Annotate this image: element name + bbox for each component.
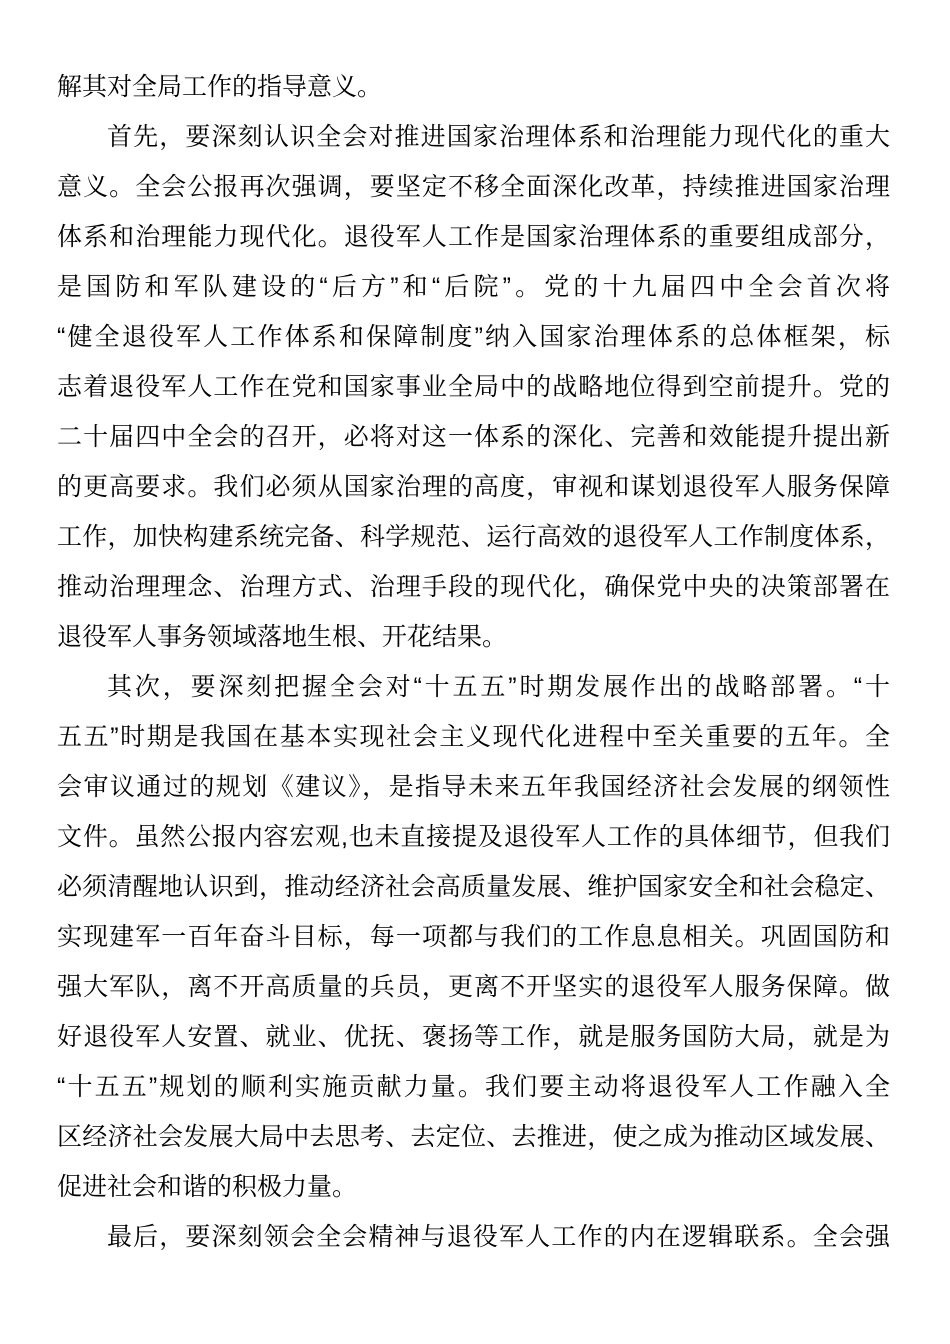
text-line: “十五五”规划的顺利实施贡献力量。我们要主动将退役军人工作融入全 <box>57 1062 890 1112</box>
document-body: 解其对全局工作的指导意义。首先，要深刻认识全会对推进国家治理体系和治理能力现代化… <box>57 62 890 1262</box>
text-line: 好退役军人安置、就业、优抚、褒扬等工作，就是服务国防大局，就是为 <box>57 1012 890 1062</box>
text-line: 首先，要深刻认识全会对推进国家治理体系和治理能力现代化的重大 <box>57 112 890 162</box>
text-line: 二十届四中全会的召开，必将对这一体系的深化、完善和效能提升提出新 <box>57 412 890 462</box>
document-page: 解其对全局工作的指导意义。首先，要深刻认识全会对推进国家治理体系和治理能力现代化… <box>0 0 950 1344</box>
text-line: 实现建军一百年奋斗目标，每一项都与我们的工作息息相关。巩固国防和 <box>57 912 890 962</box>
text-line: 退役军人事务领域落地生根、开花结果。 <box>57 612 890 662</box>
text-line: 的更高要求。我们必须从国家治理的高度，审视和谋划退役军人服务保障 <box>57 462 890 512</box>
text-line: 五五”时期是我国在基本实现社会主义现代化进程中至关重要的五年。全 <box>57 712 890 762</box>
text-line: 促进社会和谐的积极力量。 <box>57 1162 890 1212</box>
text-line: 是国防和军队建设的“后方”和“后院”。党的十九届四中全会首次将 <box>57 262 890 312</box>
text-line: 工作，加快构建系统完备、科学规范、运行高效的退役军人工作制度体系， <box>57 512 890 562</box>
text-line: 区经济社会发展大局中去思考、去定位、去推进，使之成为推动区域发展、 <box>57 1112 890 1162</box>
text-line: 意义。全会公报再次强调，要坚定不移全面深化改革，持续推进国家治理 <box>57 162 890 212</box>
text-line: “健全退役军人工作体系和保障制度”纳入国家治理体系的总体框架，标 <box>57 312 890 362</box>
text-line: 必须清醒地认识到，推动经济社会高质量发展、维护国家安全和社会稳定、 <box>57 862 890 912</box>
text-line: 会审议通过的规划《建议》，是指导未来五年我国经济社会发展的纲领性 <box>57 762 890 812</box>
text-line: 体系和治理能力现代化。退役军人工作是国家治理体系的重要组成部分， <box>57 212 890 262</box>
text-line: 文件。虽然公报内容宏观,也未直接提及退役军人工作的具体细节，但我们 <box>57 812 890 862</box>
text-line: 解其对全局工作的指导意义。 <box>57 62 890 112</box>
text-line: 志着退役军人工作在党和国家事业全局中的战略地位得到空前提升。党的 <box>57 362 890 412</box>
text-line: 最后，要深刻领会全会精神与退役军人工作的内在逻辑联系。全会强 <box>57 1212 890 1262</box>
text-line: 推动治理理念、治理方式、治理手段的现代化，确保党中央的决策部署在 <box>57 562 890 612</box>
text-line: 强大军队，离不开高质量的兵员，更离不开坚实的退役军人服务保障。做 <box>57 962 890 1012</box>
text-line: 其次，要深刻把握全会对“十五五”时期发展作出的战略部署。“十 <box>57 662 890 712</box>
